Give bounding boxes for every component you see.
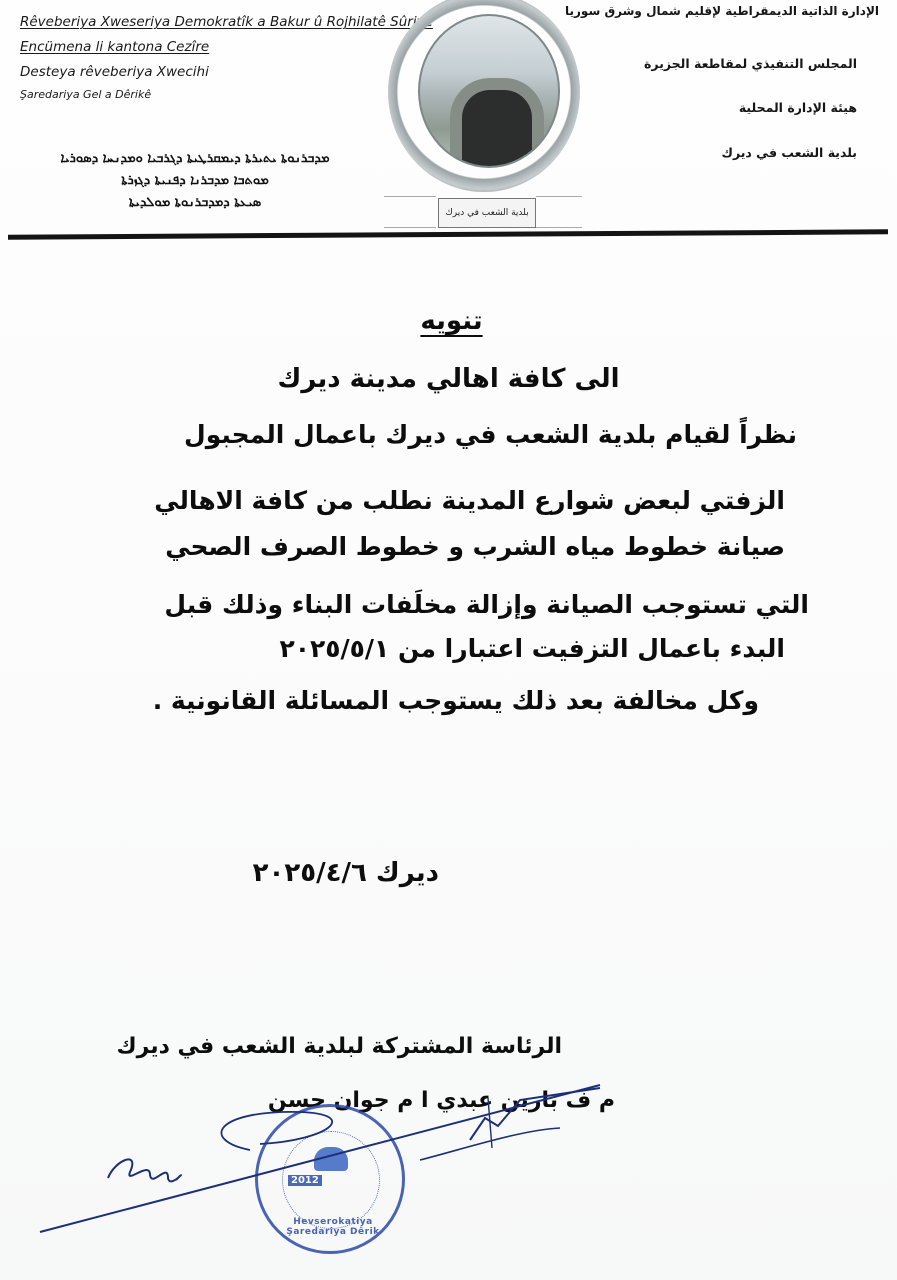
stamp-ring-text: Hevserokatiya Şaredariya Dêrik <box>278 1217 388 1237</box>
notice-body-line-6: وكل مخالفة بعد ذلك يستوجب المسائلة القان… <box>153 686 759 715</box>
arabic-header-line-1: الإدارة الذاتية الديمقراطية لإقليم شمال … <box>565 4 879 18</box>
notice-body-line-2: الزفتي لبعض شوارع المدينة نطلب من كافة ا… <box>154 486 785 515</box>
official-stamp-icon: 2012 Hevserokatiya Şaredariya Dêrik <box>255 1104 405 1254</box>
signature-title: الرئاسة المشتركة لبلدية الشعب في ديرك <box>116 1034 562 1059</box>
notice-body-line-3: صيانة خطوط مياه الشرب و خطوط الصرف الصحي <box>165 532 785 561</box>
stamp-sun-icon <box>314 1147 348 1171</box>
kurdish-header-line-2: Encümena li kantona Cezîre <box>20 39 400 55</box>
syriac-header-line-1: ܡܕܒܪܢܘܬܐ ܝܬܝܪܬܐ ܕܝܡܩܪܛܝܬܐ ܕܓܪܒܝܐ ܘܡܕܢܚܐ … <box>30 148 360 170</box>
ribbon-left <box>384 196 436 228</box>
notice-body-line-1: نظراً لقيام بلدية الشعب في ديرك باعمال ا… <box>184 420 797 449</box>
ribbon-right <box>536 196 582 228</box>
kurdish-header-line-4: Şaredariya Gel a Dêrikê <box>20 88 400 101</box>
arabic-header-line-4: بلدية الشعب في ديرك <box>721 145 857 160</box>
notice-addressee: الى كافة اهالي مدينة ديرك <box>0 364 897 394</box>
municipality-emblem: بلدية الشعب في ديرك <box>378 0 590 240</box>
notice-body-line-5: البدء باعمال التزفيت اعتبارا من ٢٠٢٥/٥/١ <box>279 634 785 663</box>
kurdish-header-line-3: Desteya rêveberiya Xwecihi <box>20 64 400 80</box>
arch-icon <box>450 78 544 168</box>
syriac-header-line-3: ܣܝܥܬܐ ܕܡܕܒܪܢܘܬܐ ܡܘܠܕܝܬܐ <box>30 192 360 214</box>
arabic-header-line-3: هيئة الإدارة المحلية <box>739 100 857 115</box>
stamp-year: 2012 <box>288 1175 322 1186</box>
arabic-header-line-2: المجلس التنفيذي لمقاطعة الجزيرة <box>644 56 857 71</box>
notice-date: ديرك ٢٠٢٥/٤/٦ <box>253 858 439 888</box>
notice-title-text: تنويه <box>414 306 482 336</box>
kurdish-header-line-1: Rêveberiya Xweseriya Demokratîk a Bakur … <box>20 14 400 30</box>
arch-bridge-photo <box>418 14 560 168</box>
notice-body-line-4: التي تستوجب الصيانة وإزالة مخلَفات البنا… <box>164 590 809 619</box>
emblem-banner: بلدية الشعب في ديرك <box>438 198 536 228</box>
syriac-header: ܡܕܒܪܢܘܬܐ ܝܬܝܪܬܐ ܕܝܡܩܪܛܝܬܐ ܕܓܪܒܝܐ ܘܡܕܢܚܐ … <box>30 148 360 214</box>
notice-title: تنويه <box>0 306 897 336</box>
kurdish-header: Rêveberiya Xweseriya Demokratîk a Bakur … <box>20 14 400 101</box>
document-page: Rêveberiya Xweseriya Demokratîk a Bakur … <box>0 0 897 1280</box>
syriac-header-line-2: ܡܘܬܒܐ ܡܕܒܪܢܐ ܕܦܢܝܬܐ ܕܓܙܪܬܐ <box>30 170 360 192</box>
